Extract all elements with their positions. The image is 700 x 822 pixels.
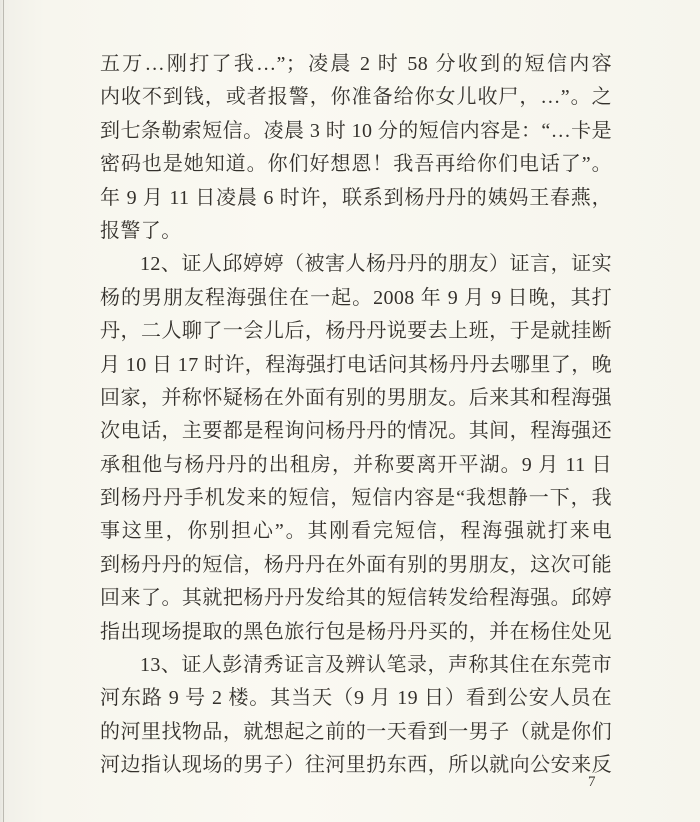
text-line: 内收不到钱，或者报警，你准备给你女儿收尸，…”。之后其又收 <box>100 81 612 114</box>
text-line: 指出现场提取的黑色旅行包是杨丹丹买的，并在杨住处见过。 <box>100 616 612 649</box>
text-line: 丹，二人聊了一会儿后，杨丹丹说要去上班，于是就挂断了电话。9 <box>100 315 612 348</box>
text-line: 12、证人邱婷婷（被害人杨丹丹的朋友）证言，证实杨丹丹和 <box>100 248 612 281</box>
text-line: 到七条勒索短信。凌晨 3 时 10 分的短信内容是：“…卡是你女儿的， <box>100 115 612 148</box>
text-line: 到杨丹丹的短信，杨丹丹在外面有别的男朋友，这次可能真的不会 <box>100 549 612 582</box>
text-line: 报警了。 <box>100 215 612 248</box>
text-line: 回来了。其就把杨丹丹发给其的短信转发给程海强。邱婷婷经辨认 <box>100 582 612 615</box>
page-number: 7 <box>588 774 596 791</box>
text-line: 杨的男朋友程海强住在一起。2008 年 9 月 9 日晚，其打电话给杨丹 <box>100 282 612 315</box>
text-line: 河东路 9 号 2 楼。其当天（9 月 19 日）看到公安人员在我住处附近 <box>100 682 612 715</box>
text-line: 河边指认现场的男子）往河里扔东西，所以就向公安来反映情况。 <box>100 749 612 782</box>
document-body: 五万…刚打了我…”；凌晨 2 时 58 分收到的短信内容是：“…明天 内收不到钱… <box>100 48 612 783</box>
text-line: 承租他与杨丹丹的出租房，并称要离开平湖。9 月 11 日凌晨，其收 <box>100 449 612 482</box>
document-page: 五万…刚打了我…”；凌晨 2 时 58 分收到的短信内容是：“…明天 内收不到钱… <box>0 0 700 822</box>
text-line: 到杨丹丹手机发来的短信，短信内容是“我想静一下，我住在我同 <box>100 482 612 515</box>
text-line: 密码也是她知道。你们好想恩！我吾再给你们电话了”。其于 2008 <box>100 148 612 181</box>
text-line: 13、证人彭清秀证言及辨认笔录，声称其住在东莞市塘厦镇沿 <box>100 649 612 682</box>
text-line: 五万…刚打了我…”；凌晨 2 时 58 分收到的短信内容是：“…明天 <box>100 48 612 81</box>
text-line: 事这里，你别担心”。其刚看完短信，程海强就打来电话，说他收 <box>100 515 612 548</box>
text-line: 回家，并称怀疑杨在外面有别的男朋友。后来其和程海强又通了几 <box>100 382 612 415</box>
text-line: 年 9 月 11 日凌晨 6 时许，联系到杨丹丹的姨妈王春燕，后王春燕就 <box>100 182 612 215</box>
text-line: 月 10 日 17 时许，程海强打电话问其杨丹丹去哪里了，晚上都没有 <box>100 349 612 382</box>
text-line: 次电话，主要都是程询问杨丹丹的情况。其间，程海强还提到让其 <box>100 415 612 448</box>
scan-edge-line <box>3 0 4 822</box>
text-line: 的河里找物品，就想起之前的一天看到一男子（就是你们公安押到 <box>100 716 612 749</box>
